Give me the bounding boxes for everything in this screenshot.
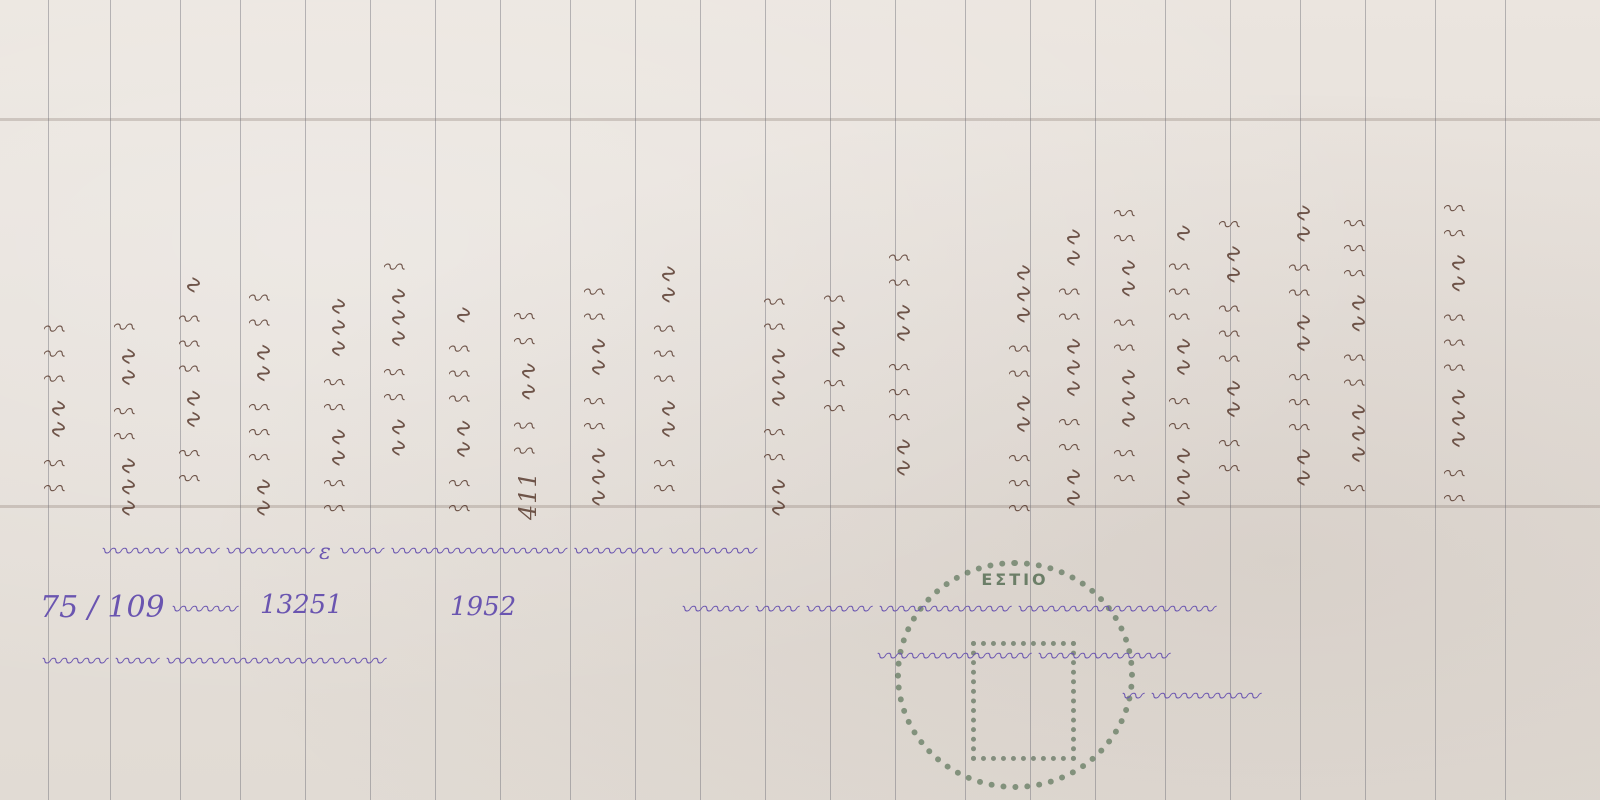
handwriting-line: ∿∿∿ 〰〰 ∿∿ 〰 <box>110 30 138 520</box>
ruled-line <box>700 0 701 800</box>
ruled-line <box>435 0 436 800</box>
handwriting-line: 〰〰 ∿∿ 〰〰〰 <box>40 30 68 500</box>
handwriting-line: 411 〰〰 ∿∿ 〰〰 <box>510 140 538 520</box>
handwriting-line: 〰〰 ∿∿ 〰〰〰 ∿ <box>445 140 473 520</box>
handwriting-line: ∿∿ 〰〰 ∿∿∿ 〰〰 ∿∿ <box>1055 40 1083 510</box>
annotation-ref: 75 / 109 <box>40 590 165 625</box>
handwriting-line: ∿∿ 〰〰〰 ∿∿ 〰〰 <box>245 30 273 520</box>
ruled-line <box>305 0 306 800</box>
stamp-label: ΕΣΤΙΟ <box>901 570 1129 589</box>
handwriting-line: ∿∿ 〰〰 ∿∿∿ 〰〰 <box>760 140 788 520</box>
signature-line-1: 〰〰〰〰〰〰〰 〰〰〰〰〰〰 <box>875 640 1168 671</box>
handwriting-line: 〰〰 ∿∿∿ 〰〰 ∿∿ 〰〰 <box>1110 20 1138 490</box>
ruled-line <box>570 0 571 800</box>
annotation-number: 13251 <box>260 590 343 620</box>
handwriting-line: 〰〰 ∿∿ 〰 <box>820 150 848 420</box>
handwriting-line: 〰〰 ∿∿∿ 〰〰〰 ∿∿ 〰〰 <box>1440 30 1468 510</box>
handwriting-line: 〰 ∿∿∿ 〰〰 ∿∿ 〰〰〰 <box>1340 40 1368 500</box>
handwriting-line: ∿∿ 〰〰〰 ∿∿ 〰〰 ∿∿ <box>1285 20 1313 490</box>
ruled-line <box>1505 0 1506 800</box>
handwriting-line: 〰〰 ∿∿ 〰〰〰 ∿ <box>175 30 203 490</box>
document-photo: 〰〰 ∿∿∿ 〰〰〰 ∿∿ 〰〰 〰 ∿∿∿ 〰〰 ∿∿ 〰〰〰 ∿∿ 〰〰〰 … <box>0 0 1600 800</box>
signature-line-2: 〰 〰〰〰〰〰 <box>1120 680 1259 711</box>
annotation-line-2-rest: 〰〰〰 〰〰 〰〰〰 〰〰〰〰〰〰 〰〰〰〰〰〰〰〰〰 <box>680 593 1214 624</box>
ruled-line <box>635 0 636 800</box>
ruled-line <box>1435 0 1436 800</box>
handwriting-line: 〰〰∿∿ 〰〰 ∿∿∿ <box>320 40 348 520</box>
handwriting-line: ∿∿ 〰〰 ∿∿∿ 〰 <box>380 30 408 460</box>
handwriting-line: ∿∿∿ 〰〰 ∿∿ 〰〰 <box>580 140 608 510</box>
annotation-year: 1952 <box>450 592 516 622</box>
handwriting-line: 〰〰 ∿∿ 〰〰〰 ∿∿ 〰 <box>1215 30 1243 480</box>
annotation-word: 〰〰〰 <box>170 593 236 624</box>
handwriting-line: ∿∿ 〰〰〰 ∿∿ 〰〰 <box>885 140 913 480</box>
ruled-line <box>370 0 371 800</box>
handwriting-line: 〰〰〰 ∿∿ 〰〰 ∿∿∿ <box>1005 30 1033 520</box>
handwriting-line: 〰〰 ∿∿ 〰〰〰 ∿∿ <box>650 140 678 500</box>
handwriting-line: ∿∿∿ 〰〰 ∿∿ 〰〰〰 ∿ <box>1165 30 1193 510</box>
annotation-line-3: 〰〰〰 〰〰 〰〰〰〰〰〰〰〰〰〰 <box>40 645 384 676</box>
annotation-line-1: 〰〰〰 〰〰 〰〰〰〰 ɛ 〰〰 〰〰〰〰〰〰〰〰 〰〰〰〰 〰〰〰〰 <box>100 535 755 566</box>
ruled-line <box>500 0 501 800</box>
ruled-line <box>240 0 241 800</box>
